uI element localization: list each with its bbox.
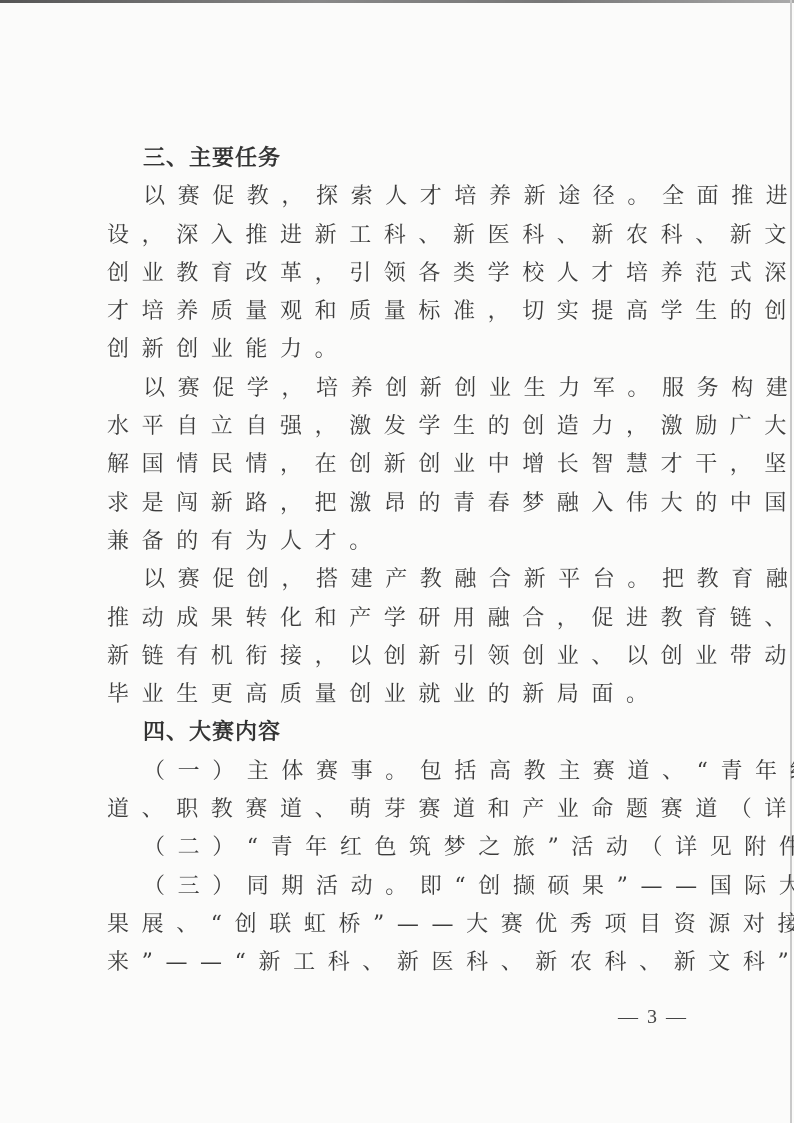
paragraph-line: （三）同期活动。即“创撷硕果”——国际大学生创新创业成 xyxy=(107,868,687,906)
paragraph-line: 创业教育改革，引领各类学校人才培养范式深刻变革，形成新的人 xyxy=(107,255,687,293)
paragraph-line: 以赛促教，探索人才培养新途径。全面推进高校课程思政建 xyxy=(107,178,687,216)
paragraph: 以赛促学，培养创新创业生力军。服务构建新发展格局和高 水平自立自强，激发学生的创… xyxy=(107,370,687,561)
paragraph-line: 才培养质量观和质量标准，切实提高学生的创新精神、创业意识和 xyxy=(107,293,687,331)
paragraph-line: 兼备的有为人才。 xyxy=(107,523,687,561)
paragraph: 以赛促教，探索人才培养新途径。全面推进高校课程思政建 设，深入推进新工科、新医科… xyxy=(107,178,687,369)
paragraph-line: 以赛促学，培养创新创业生力军。服务构建新发展格局和高 xyxy=(107,370,687,408)
paragraph-line: （一）主体赛事。包括高教主赛道、“青年红色筑梦之旅”赛 xyxy=(107,753,687,791)
paragraph: （三）同期活动。即“创撷硕果”——国际大学生创新创业成 果展、“创联虹桥”——大… xyxy=(107,868,687,983)
page-number: — 3 — xyxy=(618,1006,688,1029)
paragraph: （二）“青年红色筑梦之旅”活动（详见附件2）。 xyxy=(107,829,687,867)
paragraph-line: 推动成果转化和产学研用融合，促进教育链、人才链与产业链、创 xyxy=(107,600,687,638)
paragraph-line: （二）“青年红色筑梦之旅”活动（详见附件2）。 xyxy=(107,829,687,867)
paragraph-line: 新链有机衔接，以创新引领创业、以创业带动就业，推动形成高校 xyxy=(107,638,687,676)
section-heading: 四、大赛内容 xyxy=(107,714,687,752)
paragraph-line: 来”——“新工科、新医科、新农科、新文科”世界高等教育发展校 xyxy=(107,944,687,982)
paragraph-line: 毕业生更高质量创业就业的新局面。 xyxy=(107,676,687,714)
document-page: 三、主要任务 以赛促教，探索人才培养新途径。全面推进高校课程思政建 设，深入推进… xyxy=(107,140,687,983)
paragraph-line: 道、职教赛道、萌芽赛道和产业命题赛道（详见附件1—5）。 xyxy=(107,791,687,829)
paragraph: （一）主体赛事。包括高教主赛道、“青年红色筑梦之旅”赛 道、职教赛道、萌芽赛道和… xyxy=(107,753,687,830)
paragraph-line: 以赛促创，搭建产教融合新平台。把教育融入经济社会发展， xyxy=(107,561,687,599)
paragraph-line: 设，深入推进新工科、新医科、新农科、新文科建设，不断深化创新 xyxy=(107,217,687,255)
paragraph: 以赛促创，搭建产教融合新平台。把教育融入经济社会发展， 推动成果转化和产学研用融… xyxy=(107,561,687,714)
scan-top-edge xyxy=(0,0,794,3)
paragraph-line: 创新创业能力。 xyxy=(107,331,687,369)
paragraph-line: 求是闯新路，把激昂的青春梦融入伟大的中国梦，努力成长为德才 xyxy=(107,485,687,523)
paragraph-line: 解国情民情，在创新创业中增长智慧才干，坚定执着追理想，实事 xyxy=(107,446,687,484)
paragraph-line: 水平自立自强，激发学生的创造力，激励广大青年扎根中国大地了 xyxy=(107,408,687,446)
section-heading: 三、主要任务 xyxy=(107,140,687,178)
paragraph-line: 果展、“创联虹桥”——大赛优秀项目资源对接会、“创享未 xyxy=(107,906,687,944)
